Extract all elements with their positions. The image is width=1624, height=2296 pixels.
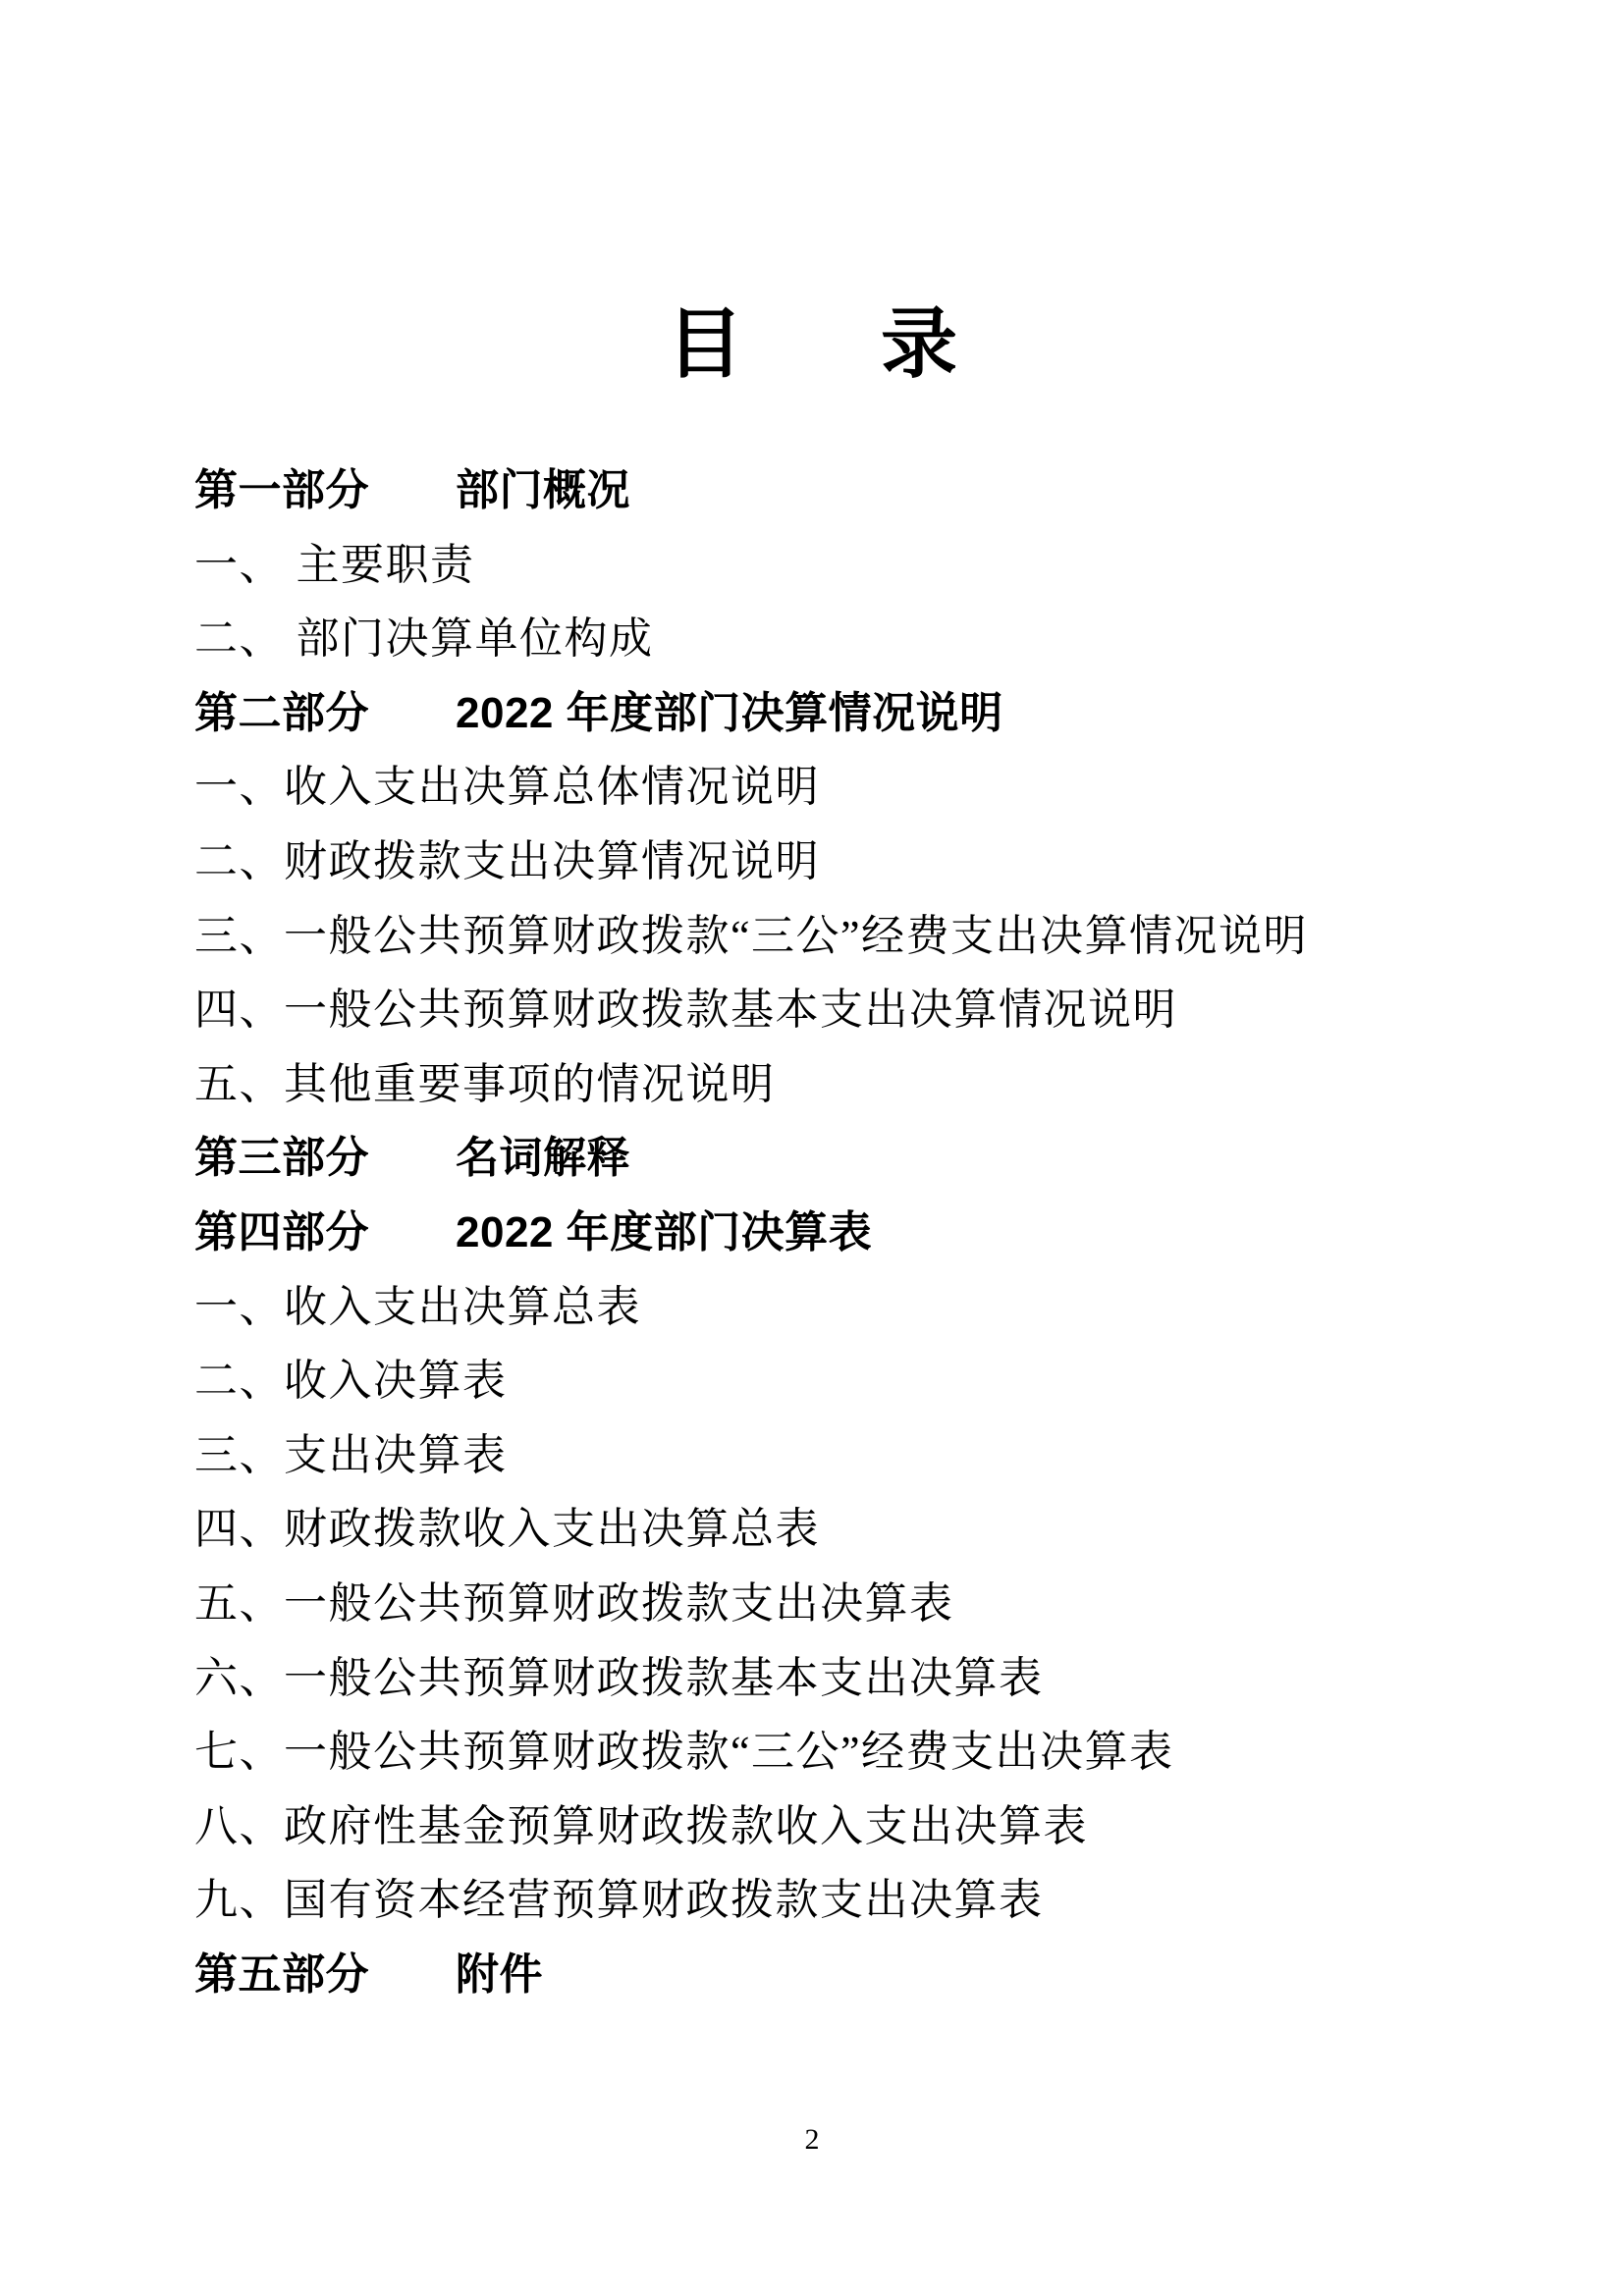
toc-heading-part1: 第一部分部门概况 xyxy=(194,454,1490,528)
toc-item: 五、其他重要事项的情况说明 xyxy=(194,1047,1490,1122)
toc-section-title: 附件 xyxy=(456,1950,543,1999)
toc-item: 二、收入决算表 xyxy=(194,1344,1490,1418)
toc-item-label: 六、一般公共预算财政拨款基本支出决算表 xyxy=(194,1654,1044,1702)
toc-item-label: 四、一般公共预算财政拨款基本支出决算情况说明 xyxy=(194,986,1177,1034)
toc-item: 八、政府性基金预算财政拨款收入支出决算表 xyxy=(194,1789,1490,1864)
toc-item: 一、收入支出决算总体情况说明 xyxy=(194,750,1490,825)
toc-item: 三、一般公共预算财政拨款“三公”经费支出决算情况说明 xyxy=(194,899,1490,974)
toc-item-label: 一、 主要职责 xyxy=(194,541,475,589)
toc-item-label: 八、政府性基金预算财政拨款收入支出决算表 xyxy=(194,1802,1088,1850)
toc-item: 七、一般公共预算财政拨款“三公”经费支出决算表 xyxy=(194,1715,1490,1789)
toc-item-label: 九、国有资本经营预算财政拨款支出决算表 xyxy=(194,1876,1044,1924)
toc-section-title: 2022 年度部门决算情况说明 xyxy=(456,689,1003,737)
page-title: 目录 xyxy=(0,291,1624,399)
toc-section-number: 第四部分 xyxy=(194,1196,456,1270)
toc-section-number: 第五部分 xyxy=(194,1938,456,2012)
toc-item: 四、一般公共预算财政拨款基本支出决算情况说明 xyxy=(194,973,1490,1047)
toc-item: 四、财政拨款收入支出决算总表 xyxy=(194,1492,1490,1567)
toc-section-title: 2022 年度部门决算表 xyxy=(456,1208,872,1256)
document-page: 目录 第一部分部门概况 一、 主要职责 二、 部门决算单位构成 第二部分2022… xyxy=(0,0,1624,2296)
toc-section-title: 部门概况 xyxy=(456,466,630,514)
toc-section-title: 名词解释 xyxy=(456,1134,630,1182)
toc-section-number: 第三部分 xyxy=(194,1121,456,1196)
toc-item: 九、国有资本经营预算财政拨款支出决算表 xyxy=(194,1863,1490,1938)
toc-item: 二、财政拨款支出决算情况说明 xyxy=(194,825,1490,899)
toc-item: 五、一般公共预算财政拨款支出决算表 xyxy=(194,1567,1490,1641)
toc-section-number: 第二部分 xyxy=(194,676,456,751)
toc-heading-part5: 第五部分附件 xyxy=(194,1938,1490,2012)
toc-section-number: 第一部分 xyxy=(194,454,456,528)
toc-heading-part2: 第二部分2022 年度部门决算情况说明 xyxy=(194,676,1490,751)
toc-item: 二、 部门决算单位构成 xyxy=(194,602,1490,676)
page-number: 2 xyxy=(0,2120,1624,2160)
table-of-contents: 第一部分部门概况 一、 主要职责 二、 部门决算单位构成 第二部分2022 年度… xyxy=(194,454,1490,2011)
page-title-char-2: 录 xyxy=(881,301,957,387)
toc-item-label: 三、支出决算表 xyxy=(194,1431,508,1479)
toc-item-label: 七、一般公共预算财政拨款“三公”经费支出决算表 xyxy=(194,1728,1174,1776)
page-title-char-1: 目 xyxy=(667,301,743,387)
toc-item: 六、一般公共预算财政拨款基本支出决算表 xyxy=(194,1641,1490,1716)
toc-item-label: 三、一般公共预算财政拨款“三公”经费支出决算情况说明 xyxy=(194,912,1308,960)
toc-item-label: 五、一般公共预算财政拨款支出决算表 xyxy=(194,1579,954,1628)
toc-item-label: 二、收入决算表 xyxy=(194,1357,508,1405)
toc-item: 一、 主要职责 xyxy=(194,528,1490,603)
toc-item: 一、收入支出决算总表 xyxy=(194,1270,1490,1345)
toc-item-label: 四、财政拨款收入支出决算总表 xyxy=(194,1505,820,1553)
toc-item-label: 一、收入支出决算总体情况说明 xyxy=(194,763,820,811)
toc-item-label: 二、财政拨款支出决算情况说明 xyxy=(194,837,820,885)
toc-item-label: 五、其他重要事项的情况说明 xyxy=(194,1060,776,1108)
toc-heading-part4: 第四部分2022 年度部门决算表 xyxy=(194,1196,1490,1270)
toc-item-label: 一、收入支出决算总表 xyxy=(194,1283,641,1331)
toc-item: 三、支出决算表 xyxy=(194,1418,1490,1493)
toc-heading-part3: 第三部分名词解释 xyxy=(194,1121,1490,1196)
toc-item-label: 二、 部门决算单位构成 xyxy=(194,614,654,663)
